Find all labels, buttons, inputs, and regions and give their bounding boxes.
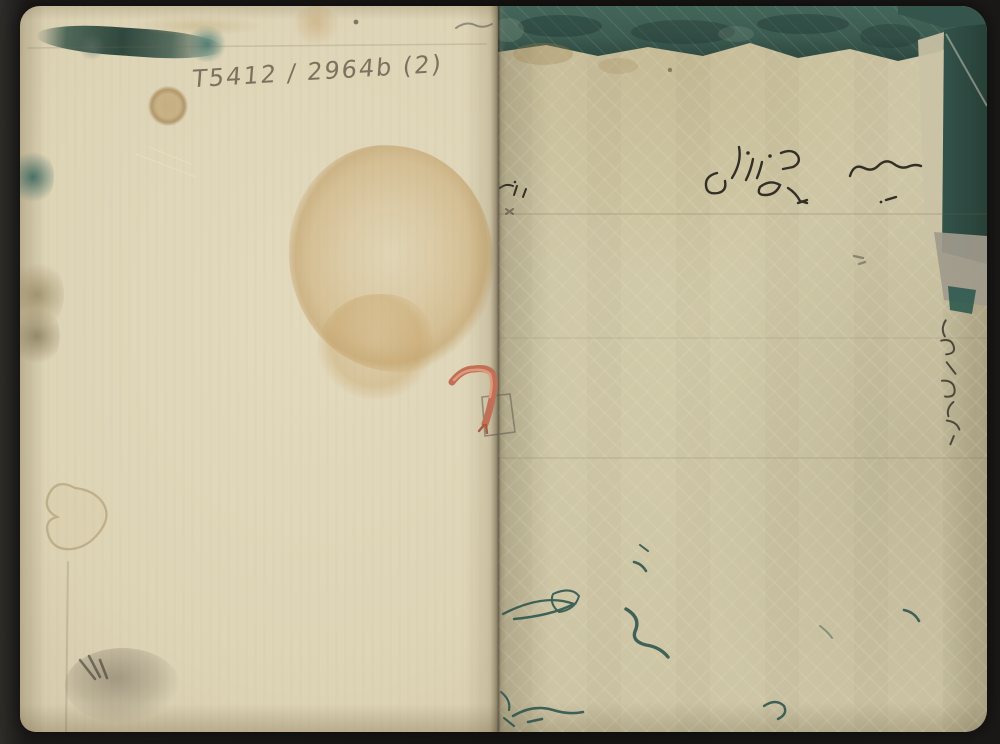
ink-scrawl-right — [850, 161, 921, 264]
left-page-markings — [20, 6, 498, 732]
scratch-lines — [136, 147, 196, 177]
archival-photo-background: T5412 / 2964b (2) — [0, 0, 1000, 744]
heart-stain-outline — [47, 484, 107, 549]
small-dark-dot — [354, 20, 359, 25]
book: T5412 / 2964b (2) — [20, 6, 987, 732]
top-crease — [28, 44, 486, 48]
edge-teal-fragment — [948, 286, 976, 314]
binding-cord-area — [430, 351, 525, 451]
binding-cord-highlight — [454, 370, 492, 397]
ink-scrawl-main — [706, 147, 807, 203]
cord-fray — [479, 425, 487, 433]
smudge-strokes — [80, 656, 107, 679]
fore-edge-crease — [66, 562, 68, 732]
right-page-markings — [498, 6, 987, 732]
top-grey-squiggle — [456, 24, 492, 28]
page-creases — [498, 214, 987, 458]
teal-fibre-marks — [501, 545, 919, 726]
